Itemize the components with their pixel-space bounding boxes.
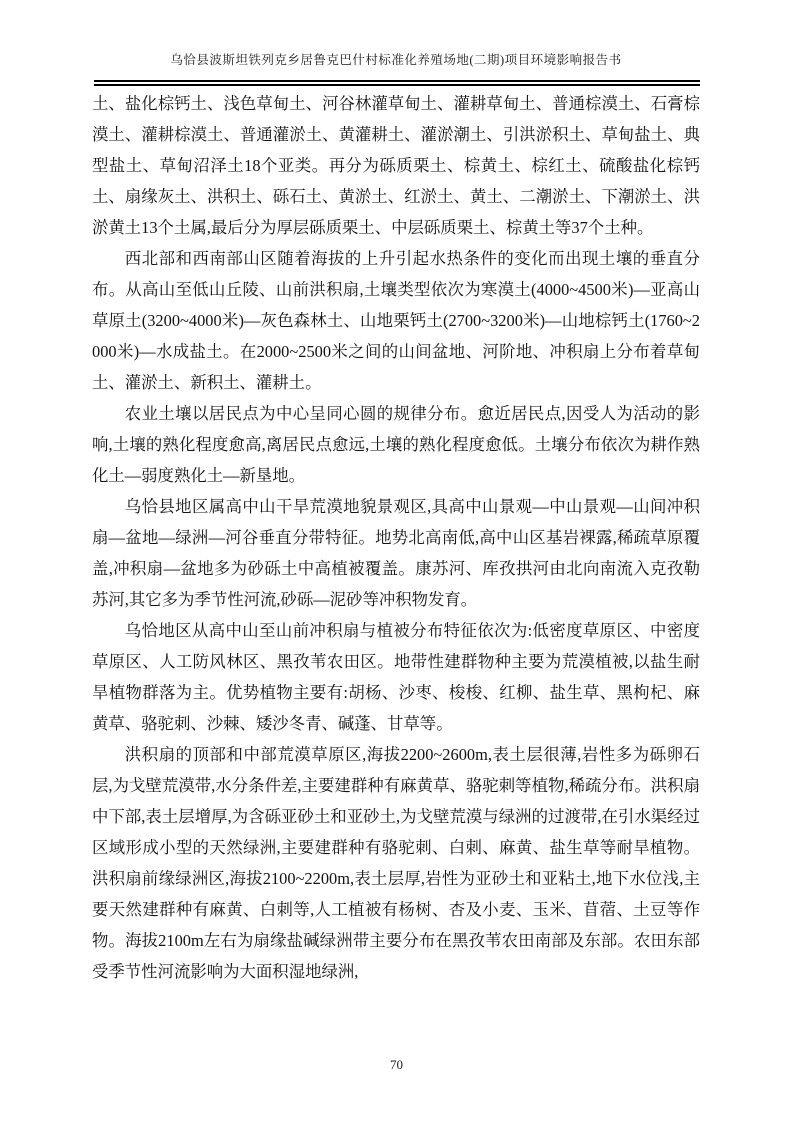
paragraph-3: 农业土壤以居民点为中心呈同心圆的规律分布。愈近居民点,因受人为活动的影响,土壤的… [92,398,700,491]
header-title: 乌恰县波斯坦铁列克乡居鲁克巴什村标准化养殖场地(二期)项目环境影响报告书 [170,53,621,67]
paragraph-4: 乌恰县地区属高中山干旱荒漠地貌景观区,具高中山景观—中山景观—山间冲积扇—盆地—… [92,491,700,615]
document-page: 乌恰县波斯坦铁列克乡居鲁克巴什村标准化养殖场地(二期)项目环境影响报告书 土、盐… [0,0,793,1122]
document-body: 土、盐化棕钙土、浅色草甸土、河谷林灌草甸土、灌耕草甸土、普通棕漠土、石膏棕漠土、… [92,88,700,987]
page-header: 乌恰县波斯坦铁列克乡居鲁克巴什村标准化养殖场地(二期)项目环境影响报告书 [92,52,700,69]
header-rule [94,80,700,86]
paragraph-1: 土、盐化棕钙土、浅色草甸土、河谷林灌草甸土、灌耕草甸土、普通棕漠土、石膏棕漠土、… [92,88,700,243]
paragraph-6: 洪积扇的顶部和中部荒漠草原区,海拔2200~2600m,表土层很薄,岩性多为砾卵… [92,739,700,987]
page-footer: 70 [0,1057,793,1073]
page-number: 70 [390,1057,403,1072]
paragraph-5: 乌恰地区从高中山至山前冲积扇与植被分布特征依次为:低密度草原区、中密度草原区、人… [92,615,700,739]
paragraph-2: 西北部和西南部山区随着海拔的上升引起水热条件的变化而出现土壤的垂直分布。从高山至… [92,243,700,398]
